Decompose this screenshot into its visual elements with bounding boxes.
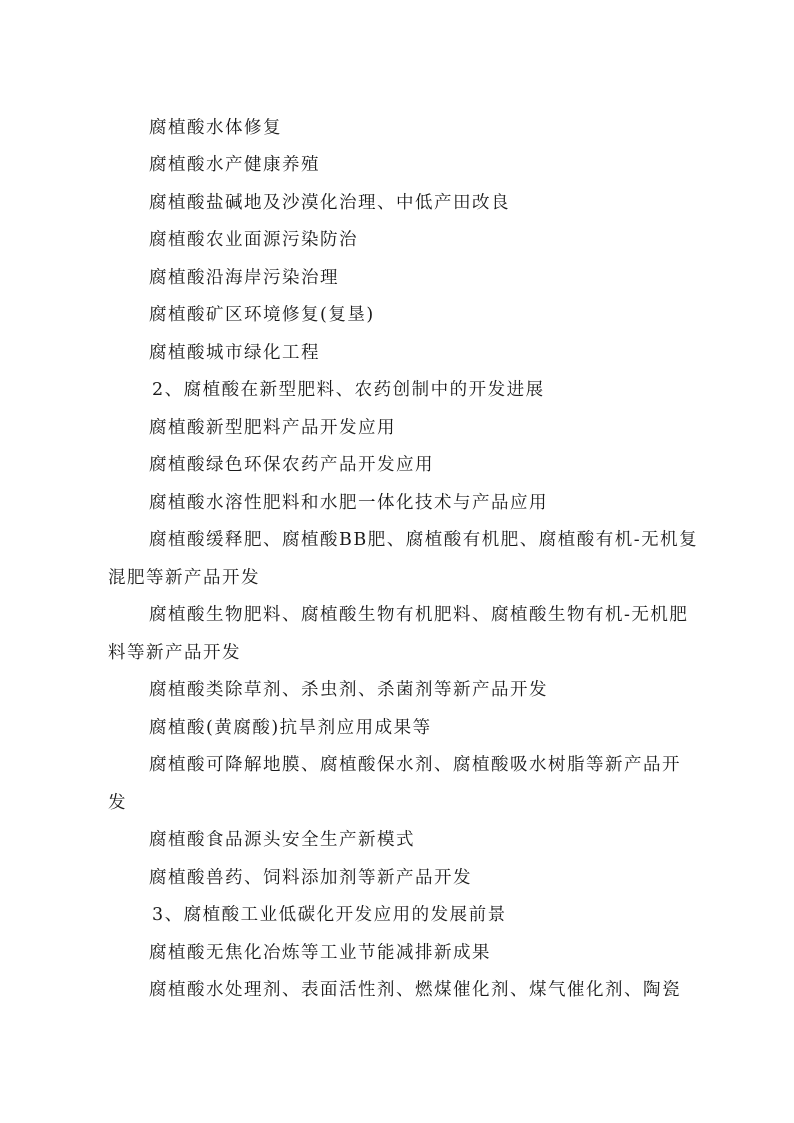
list-item-continuation: 混肥等新产品开发 [108, 566, 260, 590]
list-item: 腐植酸水溶性肥料和水肥一体化技术与产品应用 [149, 491, 548, 515]
list-item: 腐植酸缓释肥、腐植酸BB肥、腐植酸有机肥、腐植酸有机-无机复 [149, 528, 698, 552]
section-heading: 3、腐植酸工业低碳化开发应用的发展前景 [152, 903, 507, 927]
list-item: 腐植酸绿色环保农药产品开发应用 [149, 453, 434, 477]
list-item: 腐植酸(黄腐酸)抗旱剂应用成果等 [149, 716, 432, 740]
list-item: 腐植酸水产健康养殖 [149, 153, 320, 177]
list-item: 腐植酸可降解地膜、腐植酸保水剂、腐植酸吸水树脂等新产品开 [149, 753, 681, 777]
list-item: 腐植酸兽药、饲料添加剂等新产品开发 [149, 866, 472, 890]
list-item: 腐植酸盐碱地及沙漠化治理、中低产田改良 [149, 191, 510, 215]
list-item: 腐植酸城市绿化工程 [149, 341, 320, 365]
list-item: 腐植酸无焦化冶炼等工业节能减排新成果 [149, 941, 491, 965]
list-item: 腐植酸新型肥料产品开发应用 [149, 416, 396, 440]
list-item-continuation: 料等新产品开发 [108, 641, 241, 665]
list-item: 腐植酸水处理剂、表面活性剂、燃煤催化剂、煤气催化剂、陶瓷 [149, 978, 681, 1002]
document-page: 腐植酸水体修复 腐植酸水产健康养殖 腐植酸盐碱地及沙漠化治理、中低产田改良 腐植… [0, 0, 794, 1123]
list-item: 腐植酸水体修复 [149, 116, 282, 140]
list-item: 腐植酸食品源头安全生产新模式 [149, 828, 415, 852]
list-item: 腐植酸农业面源污染防治 [149, 228, 358, 252]
list-item: 腐植酸沿海岸污染治理 [149, 266, 339, 290]
list-item: 腐植酸矿区环境修复(复垦) [149, 303, 375, 327]
list-item: 腐植酸类除草剂、杀虫剂、杀菌剂等新产品开发 [149, 678, 548, 702]
list-item-continuation: 发 [108, 791, 127, 815]
list-item: 腐植酸生物肥料、腐植酸生物有机肥料、腐植酸生物有机-无机肥 [149, 603, 688, 627]
section-heading: 2、腐植酸在新型肥料、农药创制中的开发进展 [152, 378, 545, 402]
